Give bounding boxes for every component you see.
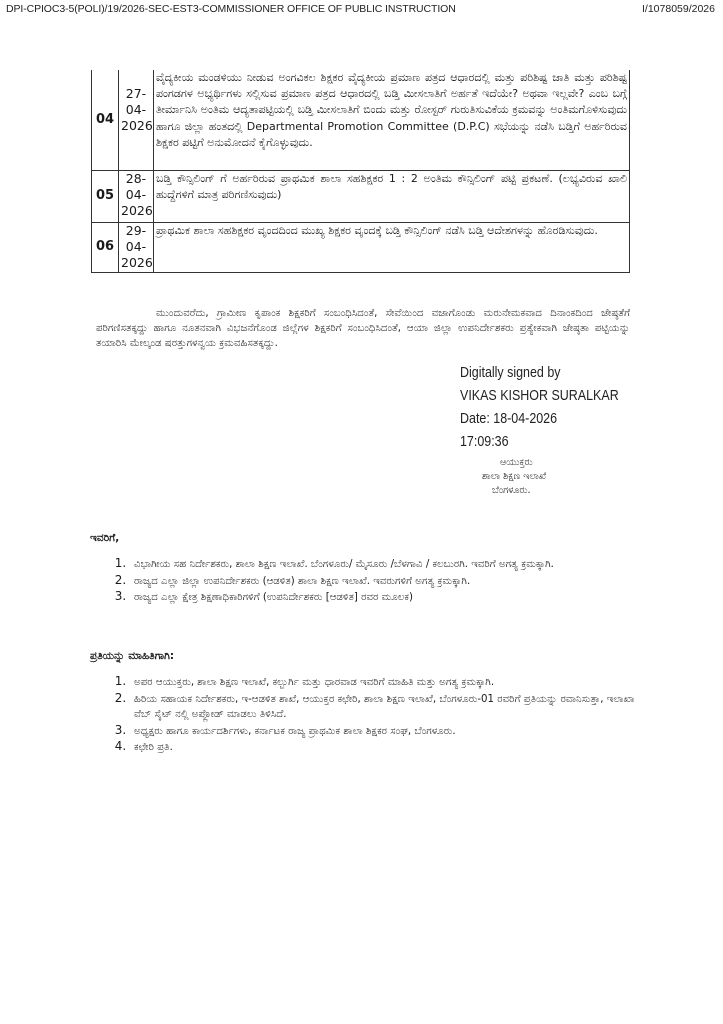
- date-year: 2026: [121, 255, 151, 271]
- list-item: ಅಪರ ಆಯುಕ್ತರು, ಶಾಲಾ ಶಿಕ್ಷಣ ಇಲಾಖೆ, ಕಲ್ಬುರ್…: [130, 674, 650, 691]
- row-date: 29- 04- 2026: [119, 222, 154, 272]
- row-date: 28- 04- 2026: [119, 170, 154, 222]
- list-item: ಅಧ್ಯಕ್ಷರು ಹಾಗೂ ಕಾರ್ಯದರ್ಶಿಗಳು, ಕರ್ನಾಟಕ ರಾ…: [130, 723, 650, 740]
- date-day: 27-: [121, 86, 151, 102]
- date-year: 2026: [121, 203, 151, 219]
- to-list: ವಿಭಾಗೀಯ ಸಹ ನಿರ್ದೇಶಕರು, ಶಾಲಾ ಶಿಕ್ಷಣ ಇಲಾಖೆ…: [110, 556, 650, 606]
- signature-date: Date: 18-04-2026: [460, 408, 619, 431]
- copy-section-title: ಪ್ರತಿಯನ್ನು ಮಾಹಿತಿಗಾಗಿ:: [90, 650, 174, 663]
- table-row: 06 29- 04- 2026 ಪ್ರಾಥಮಿಕ ಶಾಲಾ ಸಹಶಿಕ್ಷಕರ …: [92, 222, 630, 272]
- row-description: ಪ್ರಾಥಮಿಕ ಶಾಲಾ ಸಹಶಿಕ್ಷಕರ ವೃಂದದಿಂದ ಮುಖ್ಯ ಶ…: [154, 222, 630, 272]
- document-id: I/1078059/2026: [642, 3, 715, 15]
- date-year: 2026: [121, 118, 151, 134]
- digital-signature: Digitally signed by VIKAS KISHOR SURALKA…: [460, 362, 619, 454]
- signatory-office: ಆಯುಕ್ತರು ಶಾಲಾ ಶಿಕ್ಷಣ ಇಲಾಖೆ ಬೆಂಗಳೂರು.: [478, 456, 546, 498]
- table-row: 05 28- 04- 2026 ಬಡ್ತಿ ಕೌನ್ಸಿಲಿಂಗ್ ಗೆ ಅರ್…: [92, 170, 630, 222]
- list-item: ಹಿರಿಯ ಸಹಾಯಕ ನಿರ್ದೇಶಕರು, ಇ-ಆಡಳಿತ ಶಾಖೆ, ಆಯ…: [130, 691, 650, 723]
- list-item: ವಿಭಾಗೀಯ ಸಹ ನಿರ್ದೇಶಕರು, ಶಾಲಾ ಶಿಕ್ಷಣ ಇಲಾಖೆ…: [130, 556, 650, 573]
- list-item: ರಾಜ್ಯದ ಎಲ್ಲಾ ಕ್ಷೇತ್ರ ಶಿಕ್ಷಣಾಧಿಕಾರಿಗಳಿಗೆ …: [130, 589, 650, 606]
- body-paragraph: ಮುಂದುವರೆದು, ಗ್ರಾಮೀಣ ಕೃಪಾಂಕ ಶಿಕ್ಷಕರಿಗೆ ಸಂ…: [96, 306, 630, 351]
- date-day: 29-: [121, 223, 151, 239]
- copy-list: ಅಪರ ಆಯುಕ್ತರು, ಶಾಲಾ ಶಿಕ್ಷಣ ಇಲಾಖೆ, ಕಲ್ಬುರ್…: [110, 674, 650, 756]
- date-month: 04-: [121, 187, 151, 203]
- signer-name: VIKAS KISHOR SURALKAR: [460, 385, 619, 408]
- office-department: ಶಾಲಾ ಶಿಕ್ಷಣ ಇಲಾಖೆ: [478, 470, 546, 484]
- row-serial: 05: [92, 170, 119, 222]
- list-item: ರಾಜ್ಯದ ಎಲ್ಲಾ ಜಿಲ್ಲಾ ಉಪನಿರ್ದೇಶಕರು (ಆಡಳಿತ)…: [130, 573, 650, 590]
- file-reference: DPI-CPIOC3-5(POLI)/19/2026-SEC-EST3-COMM…: [6, 3, 456, 15]
- signature-label: Digitally signed by: [460, 362, 619, 385]
- table-row: 04 27- 04- 2026 ವೈದ್ಯಕೀಯ ಮಂಡಳಿಯು ನೀಡುವ ಅ…: [92, 70, 630, 170]
- signature-time: 17:09:36: [460, 431, 619, 454]
- date-month: 04-: [121, 102, 151, 118]
- row-date: 27- 04- 2026: [119, 70, 154, 170]
- office-city: ಬೆಂಗಳೂರು.: [478, 484, 546, 498]
- row-serial: 06: [92, 222, 119, 272]
- date-month: 04-: [121, 239, 151, 255]
- date-day: 28-: [121, 171, 151, 187]
- schedule-table: 04 27- 04- 2026 ವೈದ್ಯಕೀಯ ಮಂಡಳಿಯು ನೀಡುವ ಅ…: [91, 70, 630, 273]
- row-serial: 04: [92, 70, 119, 170]
- office-designation: ಆಯುಕ್ತರು: [478, 456, 546, 470]
- row-description: ಬಡ್ತಿ ಕೌನ್ಸಿಲಿಂಗ್ ಗೆ ಅರ್ಹರಿರುವ ಪ್ರಾಥಮಿಕ …: [154, 170, 630, 222]
- list-item: ಕಛೇರಿ ಪ್ರತಿ.: [130, 739, 650, 756]
- row-description: ವೈದ್ಯಕೀಯ ಮಂಡಳಿಯು ನೀಡುವ ಅಂಗವಿಕಲ ಶಿಕ್ಷಕರ ವ…: [154, 70, 630, 170]
- to-section-title: ಇವರಿಗೆ,: [90, 532, 119, 545]
